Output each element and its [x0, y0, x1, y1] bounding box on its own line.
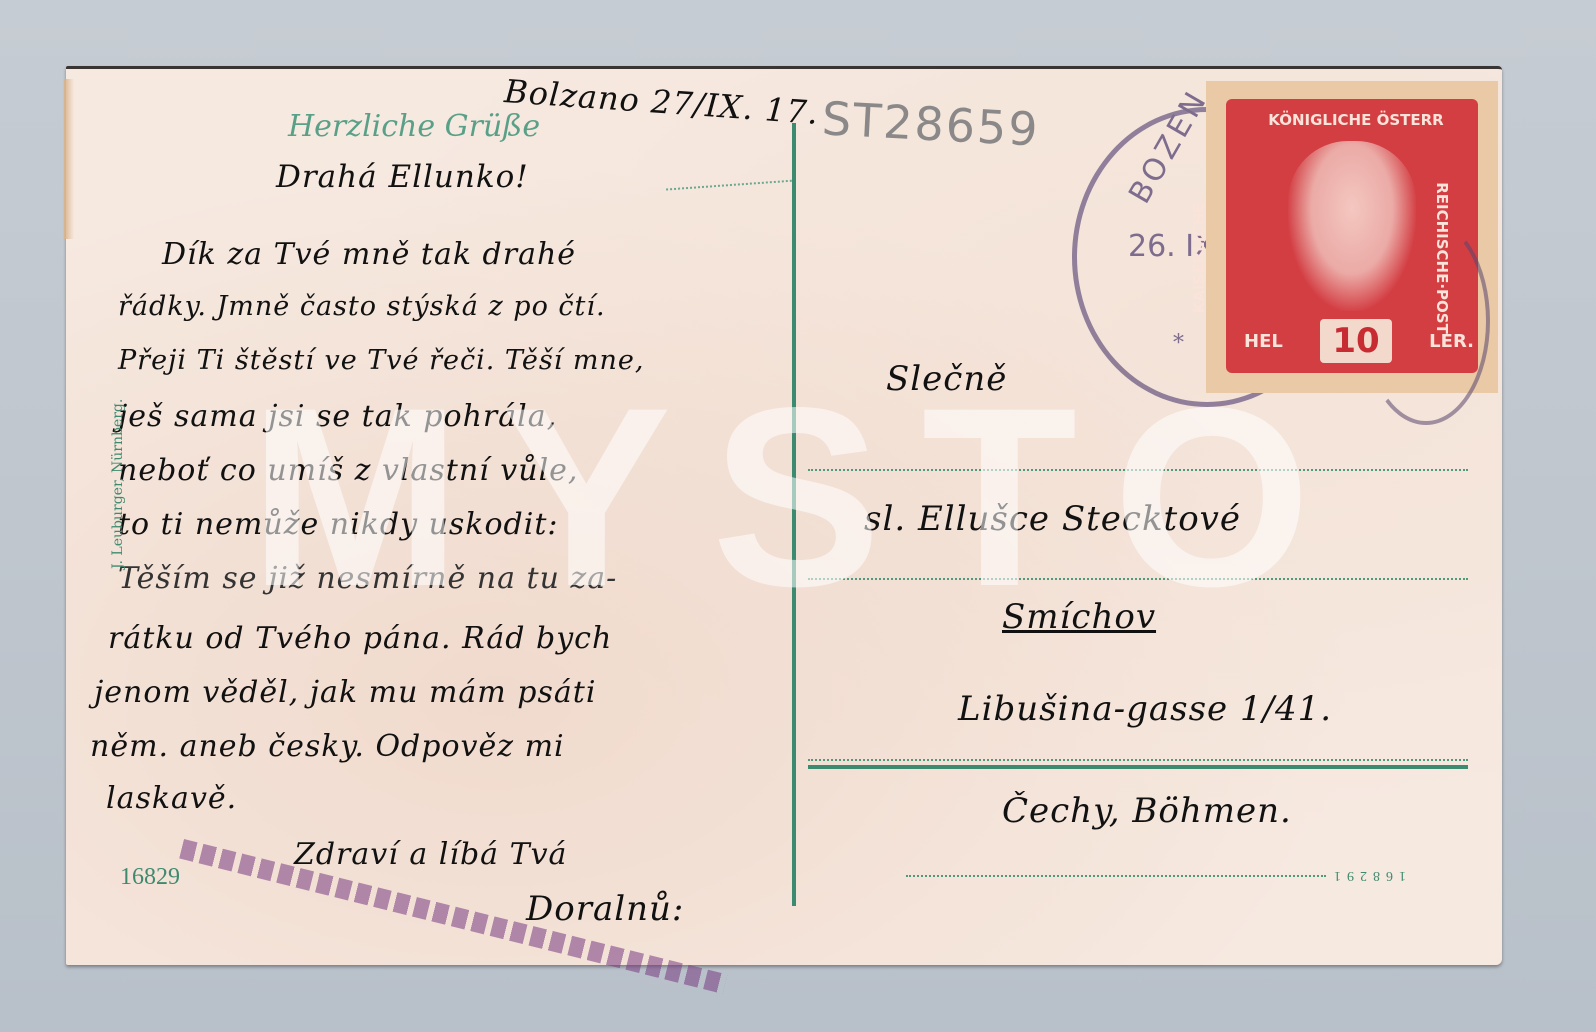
message-line: to ti nemůže nikdy uskodit: — [118, 507, 558, 542]
stamp-left-text: KAISERLICHE — [1190, 203, 1208, 313]
star-icon: * — [1173, 331, 1184, 356]
address-line-2: sl. Ellušce Stecktové — [864, 499, 1241, 539]
message-line: neboť co umíš z vlastní vůle, — [118, 453, 578, 488]
center-divider — [792, 123, 796, 906]
publisher-imprint: J. Leuburger, Nürnberg. — [110, 399, 126, 569]
postcard: Herzliche Grüße Bolzano 27/IX. 17. ST286… — [66, 66, 1502, 965]
message-line: ješ sama jsi se tak pohrála, — [118, 399, 557, 434]
address-rule — [808, 578, 1468, 580]
postage-stamp: KÖNIGLICHE ÖSTERR KAISERLICHE REICHISCHE… — [1206, 81, 1498, 393]
address-line-3: Smíchov — [1002, 597, 1156, 637]
message-line: Dík za Tvé mně tak drahé — [162, 237, 576, 272]
address-rule — [906, 875, 1326, 877]
small-print-number: 168291 — [1328, 867, 1406, 883]
stamp-top-text: KÖNIGLICHE ÖSTERR — [1256, 111, 1456, 129]
stamp-hel: HEL — [1244, 331, 1283, 352]
message-line: Přeji Ti štěstí ve Tvé řeči. Těší mne, — [118, 345, 644, 376]
closing: Zdraví a líbá Tvá — [294, 837, 567, 872]
dotted-rule — [666, 179, 796, 192]
message-line: laskavě. — [106, 781, 237, 816]
salutation: Drahá Ellunko! — [276, 159, 529, 195]
card-number: 16829 — [120, 864, 180, 891]
printed-greeting: Herzliche Grüße — [288, 109, 540, 144]
archive-id: ST28659 — [821, 91, 1041, 156]
address-rule — [808, 759, 1468, 761]
address-rule-solid — [808, 765, 1468, 769]
cancel-mark — [1362, 217, 1490, 425]
message-line: rátku od Tvého pána. Rád bych — [108, 621, 612, 656]
address-rule — [808, 469, 1468, 471]
message-line: Těším se již nesmírně na tu za- — [118, 561, 617, 596]
message-line: něm. aneb česky. Odpověz mi — [90, 729, 565, 764]
address-line-4: Libušina-gasse 1/41. — [958, 689, 1332, 729]
address-line-5: Čechy, Böhmen. — [1002, 791, 1292, 831]
message-line: řádky. Jmně často stýská z po čtí. — [118, 291, 606, 322]
message-line: jenom věděl, jak mu mám psáti — [94, 675, 596, 710]
signature: Doralnů: — [526, 889, 684, 929]
address-line-1: Slečně — [886, 359, 1007, 399]
dateline: Bolzano 27/IX. 17. — [503, 72, 820, 132]
